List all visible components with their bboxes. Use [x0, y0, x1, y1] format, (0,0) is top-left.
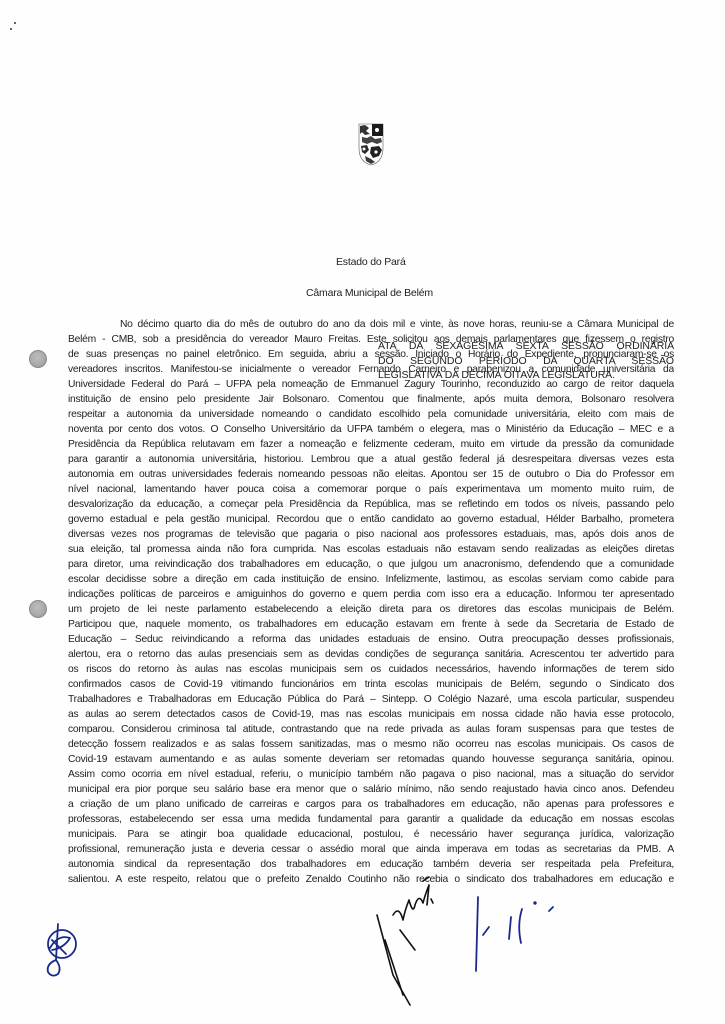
body-line: Assim como ocorria em nível estadual, re… — [68, 768, 674, 781]
body-line: sua eleição, tal promessa ainda não fora… — [68, 543, 674, 556]
body-line: um projeto de lei neste parlamento estab… — [68, 603, 674, 616]
body-line: noventa por cento dos votos. O Conselho … — [68, 423, 674, 436]
body-line: governo estadual e pela gestão municipal… — [68, 513, 674, 526]
body-line: municipal era pior porque seu salário ba… — [68, 783, 674, 796]
body-line: Belém - CMB, sob a presidência do veread… — [68, 333, 674, 346]
body-line: confirmados casos de Covid-19 vitimando … — [68, 678, 674, 691]
body-line: professoras, estabelecendo ser essa uma … — [68, 813, 674, 826]
handwritten-signature-icon — [365, 875, 465, 1015]
body-line: instituição de ensino pelo presidente Ja… — [68, 393, 674, 406]
body-line: autonomia em outras universidades federa… — [68, 468, 674, 481]
body-line: para diretor, uma reivindicação dos trab… — [68, 558, 674, 571]
body-line: Educação – Seduc reivindicando a reforma… — [68, 633, 674, 646]
body-line: No décimo quarto dia do mês de outubro d… — [68, 318, 674, 331]
handwritten-rubric-icon — [36, 920, 86, 980]
body-line: detecção fossem realizados e as salas fo… — [68, 738, 674, 751]
scan-noise-dots — [10, 22, 18, 32]
body-line: respeitar a autonomia da universidade no… — [68, 408, 674, 421]
belem-coat-of-arms-icon — [357, 122, 385, 166]
body-line: indicações políticas de parceiros e amig… — [68, 588, 674, 601]
body-line: vereadores inscritos. Manifestou-se inic… — [68, 363, 674, 376]
body-line: de suas presenças no painel eletrônico. … — [68, 348, 674, 361]
body-line: autonomia sindical da representação dos … — [68, 858, 674, 871]
body-line: diversas vezes nos programas de televisã… — [68, 528, 674, 541]
body-line: para garantir a autonomia universitária,… — [68, 453, 674, 466]
body-line: comparou. Considerou criminosa tal atitu… — [68, 723, 674, 736]
body-line: Covid-19 estavam aumentando e as aulas s… — [68, 753, 674, 766]
body-line: os riscos do retorno às aulas nas escola… — [68, 663, 674, 676]
body-line: escolar decidisse sobre a direção em cad… — [68, 573, 674, 586]
body-line: as aulas ao serem detectados casos de Co… — [68, 708, 674, 721]
body-line: desvalorização da educação, a começar pe… — [68, 498, 674, 511]
body-line: municipais. Para se atingir boa qualidad… — [68, 828, 674, 841]
body-line: nível nacional, lamentando haver pouca c… — [68, 483, 674, 496]
hole-punch-mark — [29, 350, 47, 368]
body-line: profissional, remuneração justa e deveri… — [68, 843, 674, 856]
body-line: alertou, era o retorno das aulas presenc… — [68, 648, 674, 661]
body-line: Universidade Federal do Pará – UFPA pela… — [68, 378, 674, 391]
hole-punch-mark — [29, 600, 47, 618]
state-heading: Estado do Pará — [336, 256, 406, 268]
body-line: Participou que, naquele momento, os trab… — [68, 618, 674, 631]
document-page: Estado do Pará Câmara Municipal de Belém… — [0, 0, 725, 1024]
body-line: Presidência da República relutavam em fa… — [68, 438, 674, 451]
body-line: a criação de um plano unificado de carre… — [68, 798, 674, 811]
handwritten-initials-icon — [465, 895, 585, 975]
chamber-heading: Câmara Municipal de Belém — [306, 287, 433, 299]
body-line: Trabalhadores e Trabalhadoras em Educaçã… — [68, 693, 674, 706]
